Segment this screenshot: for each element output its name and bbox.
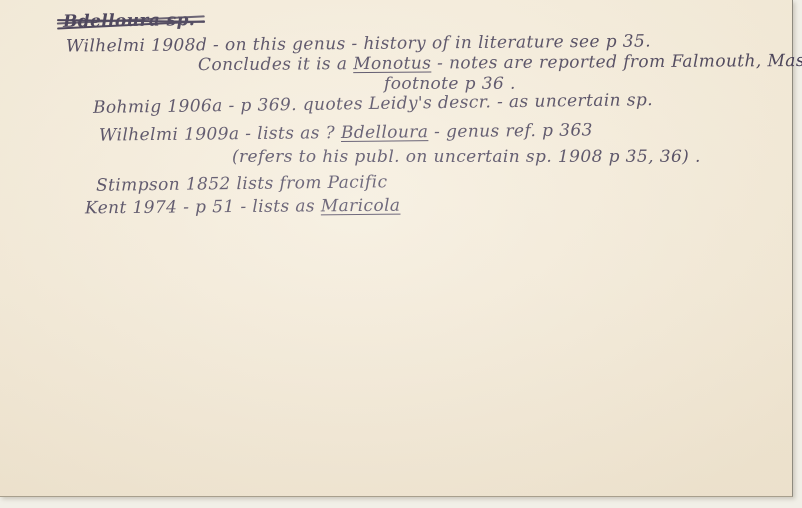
handwritten-line-stimpson-1852: Stimpson 1852 lists from Pacific: [96, 174, 388, 195]
handwritten-line-kent-1974: Kent 1974 - p 51 - lists as Maricola: [85, 198, 401, 218]
struck-out-text: Bdelloura sp.: [63, 12, 195, 31]
handwritten-line-concludes: Concludes it is a Monotus - notes are re…: [198, 53, 802, 74]
scanned-card-page: Bdelloura sp. Wilhelmi 1908d - on this g…: [0, 0, 802, 508]
underlined-maricola: Maricola: [321, 196, 401, 217]
handwritten-line-footnote: footnote p 36 .: [384, 76, 516, 93]
line-text: Wilhelmi 1909a - lists as ?: [99, 123, 341, 146]
line-text: (refers to his publ. on uncertain sp. 19…: [232, 147, 701, 167]
line-text: Kent 1974 - p 51 - lists as: [85, 196, 321, 218]
handwritten-line-bohmig-1906: Bohmig 1906a - p 369. quotes Leidy's des…: [93, 92, 653, 117]
handwritten-line-refers-publ: (refers to his publ. on uncertain sp. 19…: [232, 149, 701, 166]
handwritten-line-wilhelmi-1909: Wilhelmi 1909a - lists as ? Bdelloura - …: [99, 122, 593, 144]
index-card: Bdelloura sp. Wilhelmi 1908d - on this g…: [0, 0, 793, 497]
line-text: footnote p 36 .: [384, 74, 516, 94]
line-text: Stimpson 1852 lists from Pacific: [96, 172, 388, 196]
line-text: Bohmig 1906a - p 369. quotes Leidy's des…: [93, 90, 653, 118]
underlined-genus-monotus: Monotus: [353, 54, 431, 75]
line-text: - genus ref. p 363: [428, 120, 593, 142]
line-text: Concludes it is a: [198, 54, 353, 75]
underlined-genus-bdelloura: Bdelloura: [341, 122, 429, 143]
struck-out-heading: Bdelloura sp.: [63, 12, 195, 31]
line-text: - notes are reported from Falmouth, Mass…: [431, 51, 802, 74]
